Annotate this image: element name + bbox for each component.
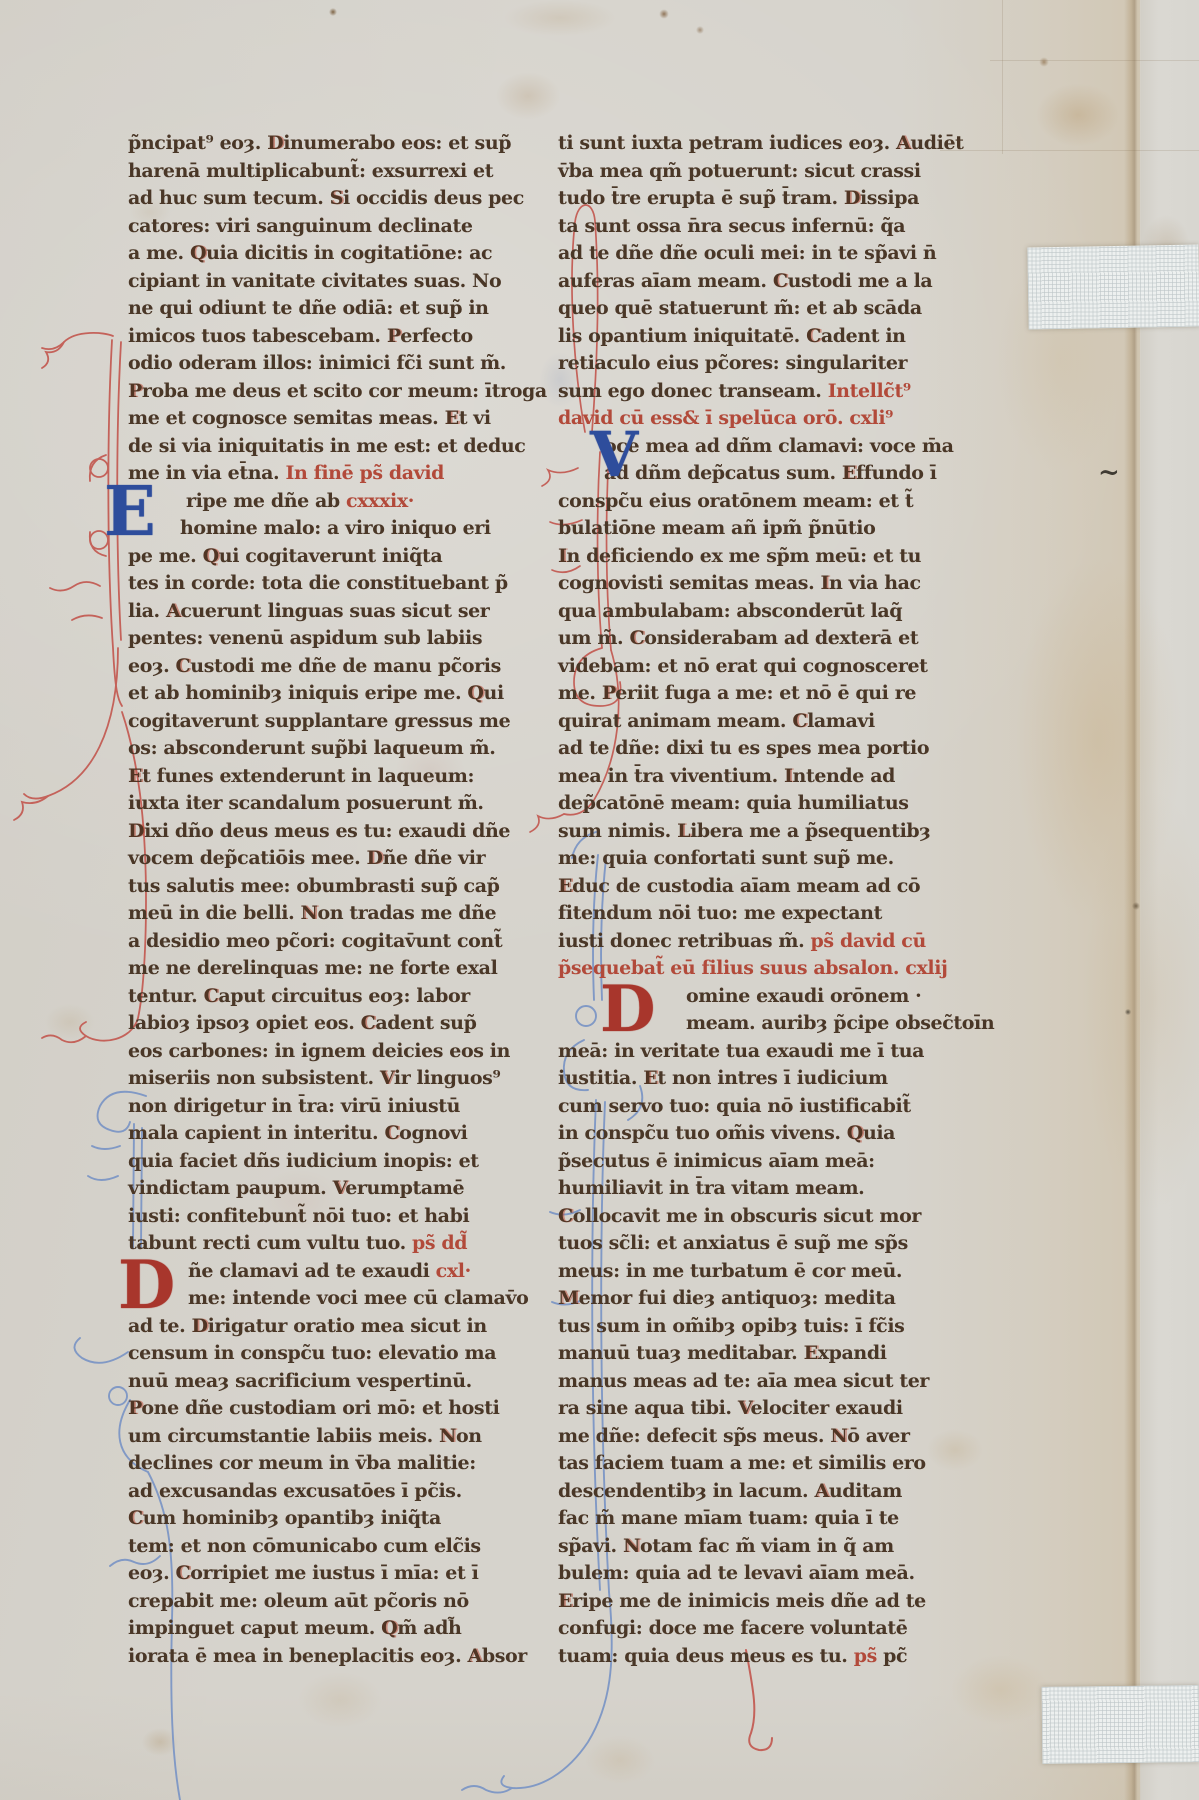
text-line: sum nimis. Libera me a p̃sequentibȝ [558,818,960,846]
text-line: imicos tuos tabescebam. Perfecto [128,323,530,351]
text-line: me dñe: defecit sp̃s meus. Nō aver [558,1423,960,1451]
manuscript-page: p̃ncipat⁹ eoȝ. Dinumerabo eos: et sup̃ha… [0,0,1199,1800]
red-penwork-left-margin [14,333,146,1042]
text-line: cum servo tuo: quia nō iustificabit̃ [558,1093,960,1121]
initial-V-blue: V [590,424,638,486]
text-line: odio oderam illos: inimici fc̃i sunt m̃. [128,350,530,378]
repair-tape-bottom-right [1042,1685,1199,1764]
text-line: pentes: venenū aspidum sub labiis [128,625,530,653]
text-line: ad te dñe dñe oculi mei: in te sp̃avi n̄ [558,240,960,268]
text-line: v̄ba mea qm̃ potuerunt: sicut crassi [558,158,960,186]
text-line: censum in conspc̃u tuo: elevatio ma [128,1340,530,1368]
text-line: crepabit me: oleum aūt pc̃oris nō [128,1588,530,1616]
text-column-right: ti sunt iuxta petram iudices eoȝ. Audiēt… [558,130,960,1670]
text-line: humiliavit in t̄ra vitam meam. [558,1175,960,1203]
text-line: manuū tuaȝ meditabar. Expandi [558,1340,960,1368]
text-line: retiaculo eius pc̃ores: singulariter [558,350,960,378]
text-line: lia. Acuerunt linguas suas sicut ser [128,598,530,626]
text-line: Cum hominibȝ opantibȝ iniq̃ta [128,1505,530,1533]
text-line: cipiant in vanitate civitates suas. No [128,268,530,296]
ruling-line [940,150,1199,151]
text-line: tuos sc̃li: et anxiatus ē sup̃ me sp̃s [558,1230,960,1258]
text-line: cogitaverunt supplantare gressus me [128,708,530,736]
text-line: qua ambulabam: absconderūt laq̃ [558,598,960,626]
text-line: Collocavit me in obscuris sicut mor [558,1203,960,1231]
text-line: a me. Quia dicitis in cogitatiōne: ac [128,240,530,268]
text-line: ta sunt ossa n̄ra secus infernū: q̃a [558,213,960,241]
text-line: mala capient in interitu. Cognovi [128,1120,530,1148]
text-line: bulatiōne meam añ ipm̃ p̃nūtio [558,515,960,543]
text-line: Memor fui dieȝ antiquoȝ: medita [558,1285,960,1313]
text-line: Eripe me de inimicis meis dñe ad te [558,1588,960,1616]
ruling-line [990,60,1199,61]
text-line: Educ de custodia aīam meam ad cō [558,873,960,901]
text-line: meū in die belli. Non tradas me dñe [128,900,530,928]
text-line: non dirigetur in t̄ra: virū iniustū [128,1093,530,1121]
text-line: um circumstantie labiis meis. Non [128,1423,530,1451]
text-line: declines cor meum in v̄ba malitie: [128,1450,530,1478]
text-line: iorata ē mea in beneplacitis eoȝ. Absor [128,1643,530,1671]
text-line: tabunt recti cum vultu tuo. ps̃ dd̃ [128,1230,530,1258]
text-line: homine malo: a viro iniquo eri [128,515,530,543]
text-line: ad te. Dirigatur oratio mea sicut in [128,1313,530,1341]
text-line: iusti donec retribuas m̃. ps̃ david cū [558,928,960,956]
text-line: catores: viri sanguinum declinate [128,213,530,241]
text-line: tudo t̄re erupta ē sup̃ t̄ram. Dissipa [558,185,960,213]
text-line: me ne derelinquas me: ne forte exal [128,955,530,983]
text-line: um m̃. Considerabam ad dexterā et [558,625,960,653]
text-line: mea in t̄ra viventium. Intende ad [558,763,960,791]
text-line: tuam: quia deus meus es tu. ps̃ pc̃ [558,1643,960,1671]
margin-tilde-mark: ~ [1098,458,1120,488]
text-line: fitendum nōi tuo: me expectant [558,900,960,928]
text-line: me. Periit fuga a me: et nō ē qui re [558,680,960,708]
text-line: harenā multiplicabunt̃: exsurrexi et [128,158,530,186]
text-line: eos carbones: in ignem deicies eos in [128,1038,530,1066]
text-line: a desidio meo pc̃ori: cogitav̄unt cont̃ [128,928,530,956]
text-line: ad excusandas excusatōes ī pc̃is. [128,1478,530,1506]
text-line: vocem dep̃catiōis mee. Dñe dñe vir [128,845,530,873]
text-line: tes in corde: tota die constituebant p̃ [128,570,530,598]
text-line: Et funes extenderunt in laqueum: [128,763,530,791]
text-line: de si via iniquitatis in me est: et dedu… [128,433,530,461]
text-line: me et cognosce semitas meas. Et vi [128,405,530,433]
text-line: dep̃catōnē meam: quia humiliatus [558,790,960,818]
text-line: cognovisti semitas meas. In via hac [558,570,960,598]
text-line: sum ego donec transeam. Intellc̃t⁹ [558,378,960,406]
text-line: me in via et̄na. In finē ps̃ david [128,460,530,488]
repair-tape-top-right [1027,245,1199,330]
text-line: quirat animam meam. Clamavi [558,708,960,736]
text-line: tas faciem tuam a me: et similis ero [558,1450,960,1478]
text-line: conspc̃u eius oratōnem meam: et t̃ [558,488,960,516]
text-line: p̃ncipat⁹ eoȝ. Dinumerabo eos: et sup̃ [128,130,530,158]
text-line: quia faciet dñs iudicium inopis: et [128,1148,530,1176]
text-column-left: p̃ncipat⁹ eoȝ. Dinumerabo eos: et sup̃ha… [128,130,530,1670]
text-line: manus meas ad te: aīa mea sicut ter [558,1368,960,1396]
initial-D-red: D [118,1252,175,1318]
text-line: os: absconderunt sup̃bi laqueum m̃. [128,735,530,763]
initial-D-red: D [600,978,656,1042]
text-line: pe me. Qui cogitaverunt iniq̃ta [128,543,530,571]
text-line: vindictam paupum. Verumptamē [128,1175,530,1203]
text-line: Pone dñe custodiam ori mō: et hosti [128,1395,530,1423]
text-line: ad te dñe: dixi tu es spes mea portio [558,735,960,763]
ruling-line [1002,0,1003,154]
text-line: meus: in me turbatum ē cor meū. [558,1258,960,1286]
text-line: iustitia. Et non intres ī iudicium [558,1065,960,1093]
text-line: fac m̃ mane mīam tuam: quia ī te [558,1505,960,1533]
text-line: iuxta iter scandalum posuerunt m̃. [128,790,530,818]
text-line: ra sine aqua tibi. Velociter exaudi [558,1395,960,1423]
text-line: confugi: doce me facere voluntatē [558,1615,960,1643]
initial-E-blue: E [104,478,156,546]
text-line: nuū meaȝ sacrificium vespertinū. [128,1368,530,1396]
text-line: videbam: et nō erat qui cognosceret [558,653,960,681]
text-line: ñe clamavi ad te exaudi cxl· [128,1258,530,1286]
text-line: queo quē statuerunt m̃: et ab scāda [558,295,960,323]
text-line: Proba me deus et scito cor meum: ītroga [128,378,530,406]
text-line: tus salutis mee: obumbrasti sup̃ cap̃ [128,873,530,901]
text-line: me: intende voci mee cū clamav̄o [128,1285,530,1313]
text-line: Dixi dño deus meus es tu: exaudi dñe [128,818,530,846]
text-line: impinguet caput meum. Qm̃ adh̃ [128,1615,530,1643]
text-line: in conspc̃u tuo om̃is vivens. Quia [558,1120,960,1148]
text-line: iusti: confitebunt̃ nōi tuo: et habi [128,1203,530,1231]
text-line: ad huc sum tecum. Si occidis deus pec [128,185,530,213]
text-line: bulem: quia ad te levavi aīam meā. [558,1560,960,1588]
text-line: tem: et non cōmunicabo cum elc̃is [128,1533,530,1561]
text-line: ti sunt iuxta petram iudices eoȝ. Audiēt [558,130,960,158]
text-line: auferas aīam meam. Custodi me a la [558,268,960,296]
text-line: eoȝ. Corripiet me iustus ī mīa: et ī [128,1560,530,1588]
text-line: ripe me dñe ab cxxxix· [128,488,530,516]
text-line: tentur. Caput circuitus eoȝ: labor [128,983,530,1011]
text-line: me: quia confortati sunt sup̃ me. [558,845,960,873]
text-line: sp̃avi. Notam fac m̃ viam in q̃ am [558,1533,960,1561]
text-line: labioȝ ipsoȝ opiet eos. Cadent sup̃ [128,1010,530,1038]
text-line: tus sum in om̃ibȝ opibȝ tuis: ī fc̃is [558,1313,960,1341]
text-line: p̃secutus ē inimicus aīam meā: [558,1148,960,1176]
text-line: eoȝ. Custodi me dñe de manu pc̃oris [128,653,530,681]
text-line: miseriis non subsistent. Vir linguos⁹ [128,1065,530,1093]
text-line: descendentibȝ in lacum. Auditam [558,1478,960,1506]
text-line: lis opantium iniquitatē. Cadent in [558,323,960,351]
text-line: et ab hominibȝ iniquis eripe me. Qui [128,680,530,708]
text-line: In deficiendo ex me sp̃m meū: et tu [558,543,960,571]
text-line: ne qui odiunt te dñe odiā: et sup̃ in [128,295,530,323]
